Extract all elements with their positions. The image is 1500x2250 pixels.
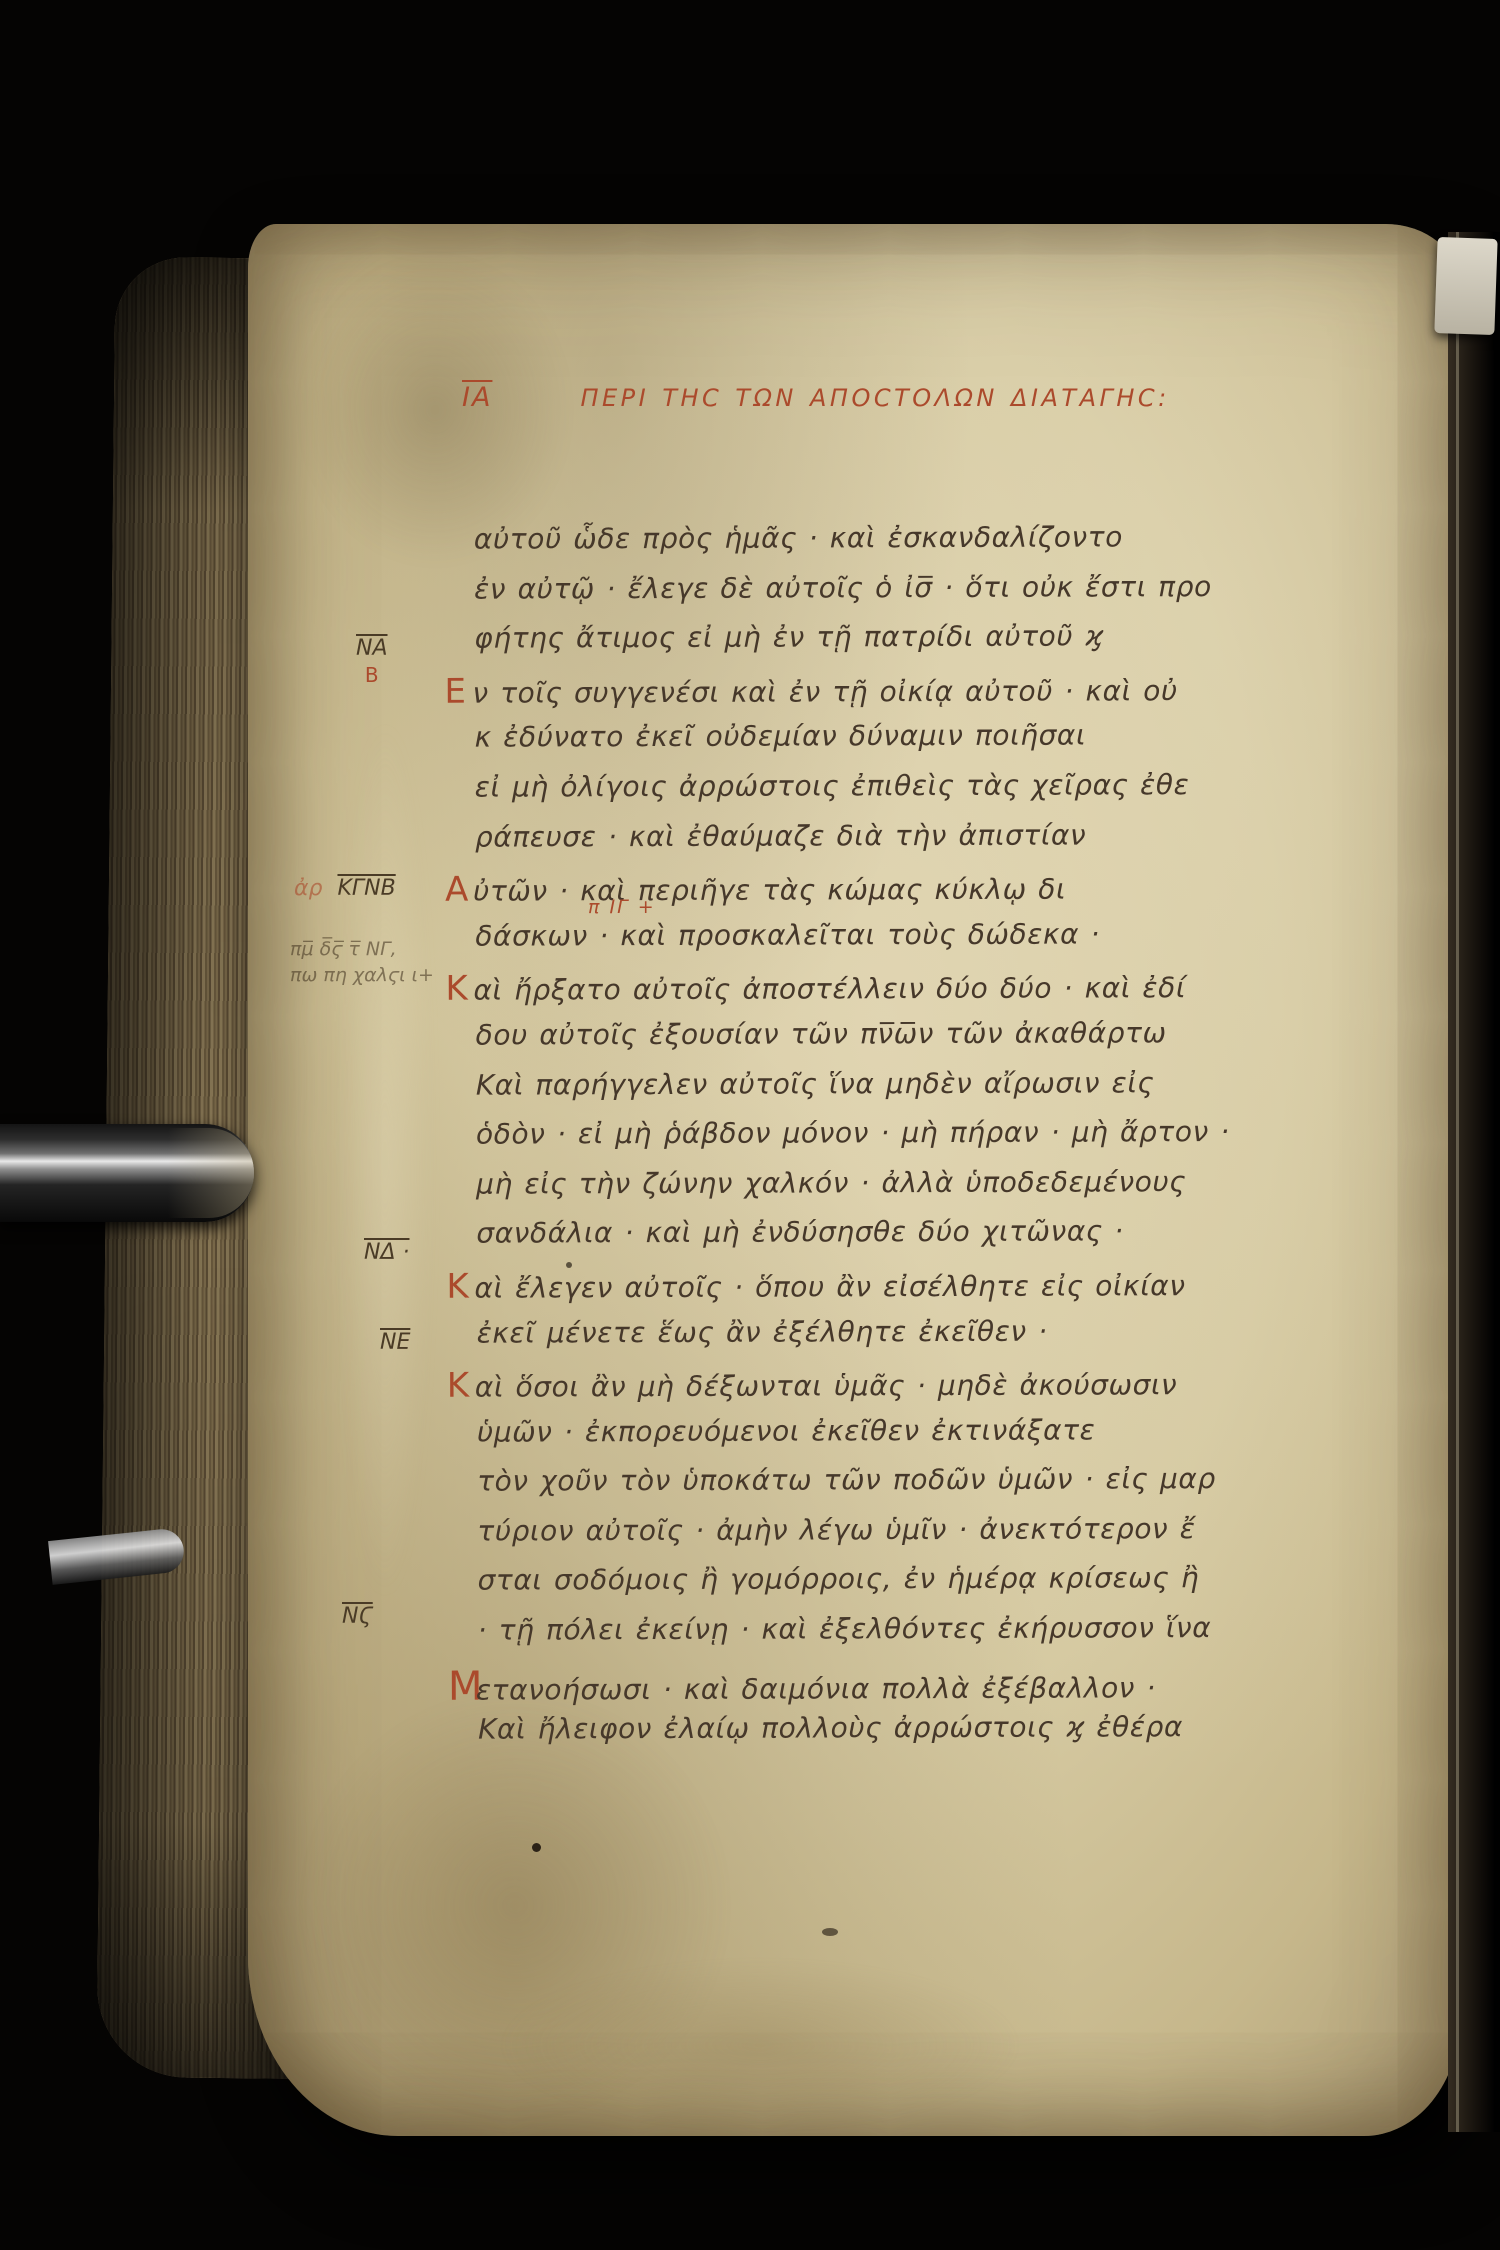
line-text: ράπευσε · καὶ ἐθαύμαζε διὰ τὴν ἀπιστίαν bbox=[475, 818, 1086, 853]
text-line: ἐκεῖ μένετε ἕως ἂν ἐξέλθητε ἐκεῖθεν · bbox=[477, 1313, 1427, 1366]
text-line: ὑμῶν · ἐκπορευόμενοι ἐκεῖθεν ἐκτινάξατε bbox=[477, 1412, 1427, 1465]
ink-speck bbox=[532, 1843, 541, 1852]
line-text: αὶ ἤρξατο αὐτοῖς ἀποστέλλειν δύο δύο · κ… bbox=[473, 972, 1186, 1007]
line-text: κ ἐδύνατο ἐκεῖ οὐδεμίαν δύναμιν ποιῆσαι bbox=[475, 719, 1087, 754]
text-line: κ ἐδύνατο ἐκεῖ οὐδεμίαν δύναμιν ποιῆσαι bbox=[475, 718, 1425, 771]
line-text: ὐτῶν · καὶ περιῆγε τὰς κώμας κύκλῳ δι bbox=[473, 873, 1066, 908]
rubric-initial: Κ bbox=[447, 1366, 475, 1406]
page-title: ΠΕΡΙ ΤΗϹ ΤΩΝ ΑΠΟϹΤΟΛΩΝ ΔΙΑΤΑΓΗϹ: bbox=[580, 384, 1169, 412]
line-text: μὴ εἰς τὴν ζώνην χαλκόν · ἀλλὰ ὑποδεδεμέ… bbox=[476, 1165, 1186, 1200]
rubric-initial: Κ bbox=[445, 969, 473, 1009]
rubric-initial: Κ bbox=[446, 1267, 474, 1307]
text-line: αὐτοῦ ὧδε πρὸς ἡμᾶς · καὶ ἐσκανδαλίζοντο bbox=[474, 519, 1424, 572]
text-line: εἰ μὴ ὀλίγοις ἀρρώστοις ἐπιθεὶς τὰς χεῖρ… bbox=[475, 767, 1425, 820]
bookmark-tab bbox=[1434, 237, 1497, 335]
text-line: φήτης ἄτιμος εἰ μὴ ἐν τῇ πατρίδι αὐτοῦ ϗ bbox=[474, 619, 1424, 672]
text-line: Καὶ ὅσοι ἂν μὴ δέξωνται ὑμᾶς · μηδὲ ἀκού… bbox=[477, 1362, 1427, 1415]
text-line: σανδάλια · καὶ μὴ ἐνδύσησθε δύο χιτῶνας … bbox=[476, 1214, 1426, 1267]
margin-note-ng: πμ̅ δ̅ϛ̅ τ̅ ΝΓ, πω πη χαλϛι ι+ bbox=[290, 936, 434, 988]
text-line: Καὶ ἤλειφον ἐλαίῳ πολλοὺς ἀρρώστοις ϗ ἐθ… bbox=[478, 1710, 1428, 1763]
text-line: δάσκων · καὶ προσκαλεῖται τοὺς δώδεκα · bbox=[475, 916, 1425, 969]
line-text: τὸν χοῦν τὸν ὑποκάτω τῶν ποδῶν ὑμῶν · εἰ… bbox=[477, 1462, 1216, 1498]
line-text: σται σοδόμοις ἢ γομόρροις, ἐν ἡμέρᾳ κρίσ… bbox=[477, 1562, 1199, 1598]
text-line: · τῇ πόλει ἐκείνῃ · καὶ ἐξελθόντες ἐκήρυ… bbox=[478, 1610, 1428, 1663]
line-text: αὶ ἔλεγεν αὐτοῖς · ὅπου ἂν εἰσέλθητε εἰς… bbox=[474, 1269, 1185, 1304]
right-page-edge bbox=[1448, 232, 1500, 2132]
line-text: ἐν αὐτῷ · ἔλεγε δὲ αὐτοῖς ὁ ἰσ̅ · ὅτι οὐ… bbox=[474, 570, 1212, 606]
text-line: δου αὐτοῖς ἐξουσίαν τῶν πν̅ω̅ν τῶν ἀκαθά… bbox=[476, 1015, 1426, 1068]
text-line: Καὶ παρήγγελεν αὐτοῖς ἵνα μηδὲν αἴρωσιν … bbox=[476, 1065, 1426, 1118]
text-line: Καὶ ἔλεγεν αὐτοῖς · ὅπου ἂν εἰσέλθητε εἰ… bbox=[476, 1263, 1426, 1316]
text-line: Μετανοήσωσι · καὶ δαιμόνια πολλὰ ἐξέβαλλ… bbox=[478, 1660, 1428, 1713]
line-text: Καὶ ἤλειφον ἐλαίῳ πολλοὺς ἀρρώστοις ϗ ἐθ… bbox=[478, 1710, 1183, 1745]
section-number: ΚΓΝΒ bbox=[337, 876, 395, 901]
line-text: ετανοήσωσι · καὶ δαιμόνια πολλὰ ἐξέβαλλο… bbox=[476, 1671, 1156, 1706]
ink-speck bbox=[822, 1928, 838, 1936]
faint-note-line: πω πη χαλϛι ι+ bbox=[290, 962, 434, 988]
text-line: τύριον αὐτοῖς · ἀμὴν λέγω ὑμῖν · ἀνεκτότ… bbox=[477, 1511, 1427, 1564]
glass-rod-page-weight bbox=[0, 1124, 254, 1222]
lection-mark: ἀρ bbox=[294, 876, 322, 901]
line-text: φήτης ἄτιμος εἰ μὴ ἐν τῇ πατρίδι αὐτοῦ ϗ bbox=[474, 620, 1104, 655]
line-text: εἰ μὴ ὀλίγοις ἀρρώστοις ἐπιθεὶς τὰς χεῖρ… bbox=[475, 768, 1190, 803]
text-line: ἐν αὐτῷ · ἔλεγε δὲ αὐτοῖς ὁ ἰσ̅ · ὅτι οὐ… bbox=[474, 569, 1424, 622]
margin-note-na: ΝΑ Β bbox=[356, 636, 388, 688]
line-text: σανδάλια · καὶ μὴ ἐνδύσησθε δύο χιτῶνας … bbox=[476, 1215, 1124, 1250]
line-text: ἐκεῖ μένετε ἕως ἂν ἐξέλθητε ἐκεῖθεν · bbox=[477, 1314, 1048, 1349]
rubric-initial: Α bbox=[445, 870, 473, 910]
line-text: Καὶ παρήγγελεν αὐτοῖς ἵνα μηδὲν αἴρωσιν … bbox=[476, 1066, 1155, 1101]
text-line: ὁδὸν · εἰ μὴ ῥάβδον μόνον · μὴ πήραν · μ… bbox=[476, 1114, 1426, 1167]
canon-number: Β bbox=[356, 662, 388, 688]
line-text: αὐτοῦ ὧδε πρὸς ἡμᾶς · καὶ ἐσκανδαλίζοντο bbox=[474, 520, 1123, 555]
margin-note-knb: ἀρ ΚΓΝΒ bbox=[294, 876, 396, 901]
line-text: δου αὐτοῖς ἐξουσίαν τῶν πν̅ω̅ν τῶν ἀκαθά… bbox=[476, 1016, 1167, 1051]
text-block: αὐτοῦ ὧδε πρὸς ἡμᾶς · καὶ ἐσκανδαλίζοντο… bbox=[474, 519, 1428, 1762]
margin-note-ne: ΝΕ bbox=[380, 1330, 410, 1355]
text-line: σται σοδόμοις ἢ γομόρροις, ἐν ἡμέρᾳ κρίσ… bbox=[477, 1561, 1427, 1614]
text-line: Εν τοῖς συγγενέσι καὶ ἐν τῇ οἰκίᾳ αὐτοῦ … bbox=[474, 668, 1424, 721]
line-text: δάσκων · καὶ προσκαλεῖται τοὺς δώδεκα · bbox=[475, 917, 1100, 952]
line-text: ὁδὸν · εἰ μὴ ῥάβδον μόνον · μὴ πήραν · μ… bbox=[476, 1115, 1230, 1151]
manuscript-photo: { "colors":{"parchment":"#d5c9a1","ink":… bbox=[0, 0, 1500, 2250]
rubric-header: ΙΑ ΠΕΡΙ ΤΗϹ ΤΩΝ ΑΠΟϹΤΟΛΩΝ ΔΙΑΤΑΓΗϹ: bbox=[462, 382, 1170, 413]
interlinear-note: π ΙΓ + bbox=[588, 896, 656, 918]
faint-note-line: πμ̅ δ̅ϛ̅ τ̅ ΝΓ, bbox=[290, 936, 434, 962]
line-text: ὑμῶν · ἐκπορευόμενοι ἐκεῖθεν ἐκτινάξατε bbox=[477, 1413, 1095, 1448]
rubric-initial: Μ bbox=[448, 1663, 476, 1709]
text-line: ράπευσε · καὶ ἐθαύμαζε διὰ τὴν ἀπιστίαν bbox=[475, 817, 1425, 870]
text-line: μὴ εἰς τὴν ζώνην χαλκόν · ἀλλὰ ὑποδεδεμέ… bbox=[476, 1164, 1426, 1217]
rubric-initial: Ε bbox=[444, 671, 472, 711]
line-text: τύριον αὐτοῖς · ἀμὴν λέγω ὑμῖν · ἀνεκτότ… bbox=[477, 1512, 1195, 1548]
section-number: ΝΑ bbox=[356, 636, 388, 661]
line-text: · τῇ πόλει ἐκείνῃ · καὶ ἐξελθόντες ἐκήρυ… bbox=[478, 1611, 1212, 1647]
margin-note-ns: ΝϚ bbox=[342, 1604, 373, 1629]
line-text: αὶ ὅσοι ἂν μὴ δέξωνται ὑμᾶς · μηδὲ ἀκούσ… bbox=[475, 1368, 1178, 1403]
chapter-number: ΙΑ bbox=[462, 382, 492, 413]
line-text: ν τοῖς συγγενέσι καὶ ἐν τῇ οἰκίᾳ αὐτοῦ ·… bbox=[472, 674, 1177, 709]
text-line: τὸν χοῦν τὸν ὑποκάτω τῶν ποδῶν ὑμῶν · εἰ… bbox=[477, 1462, 1427, 1515]
margin-note-nd: ΝΔ · bbox=[364, 1240, 410, 1265]
text-line: Καὶ ἤρξατο αὐτοῖς ἀποστέλλειν δύο δύο · … bbox=[475, 966, 1425, 1019]
